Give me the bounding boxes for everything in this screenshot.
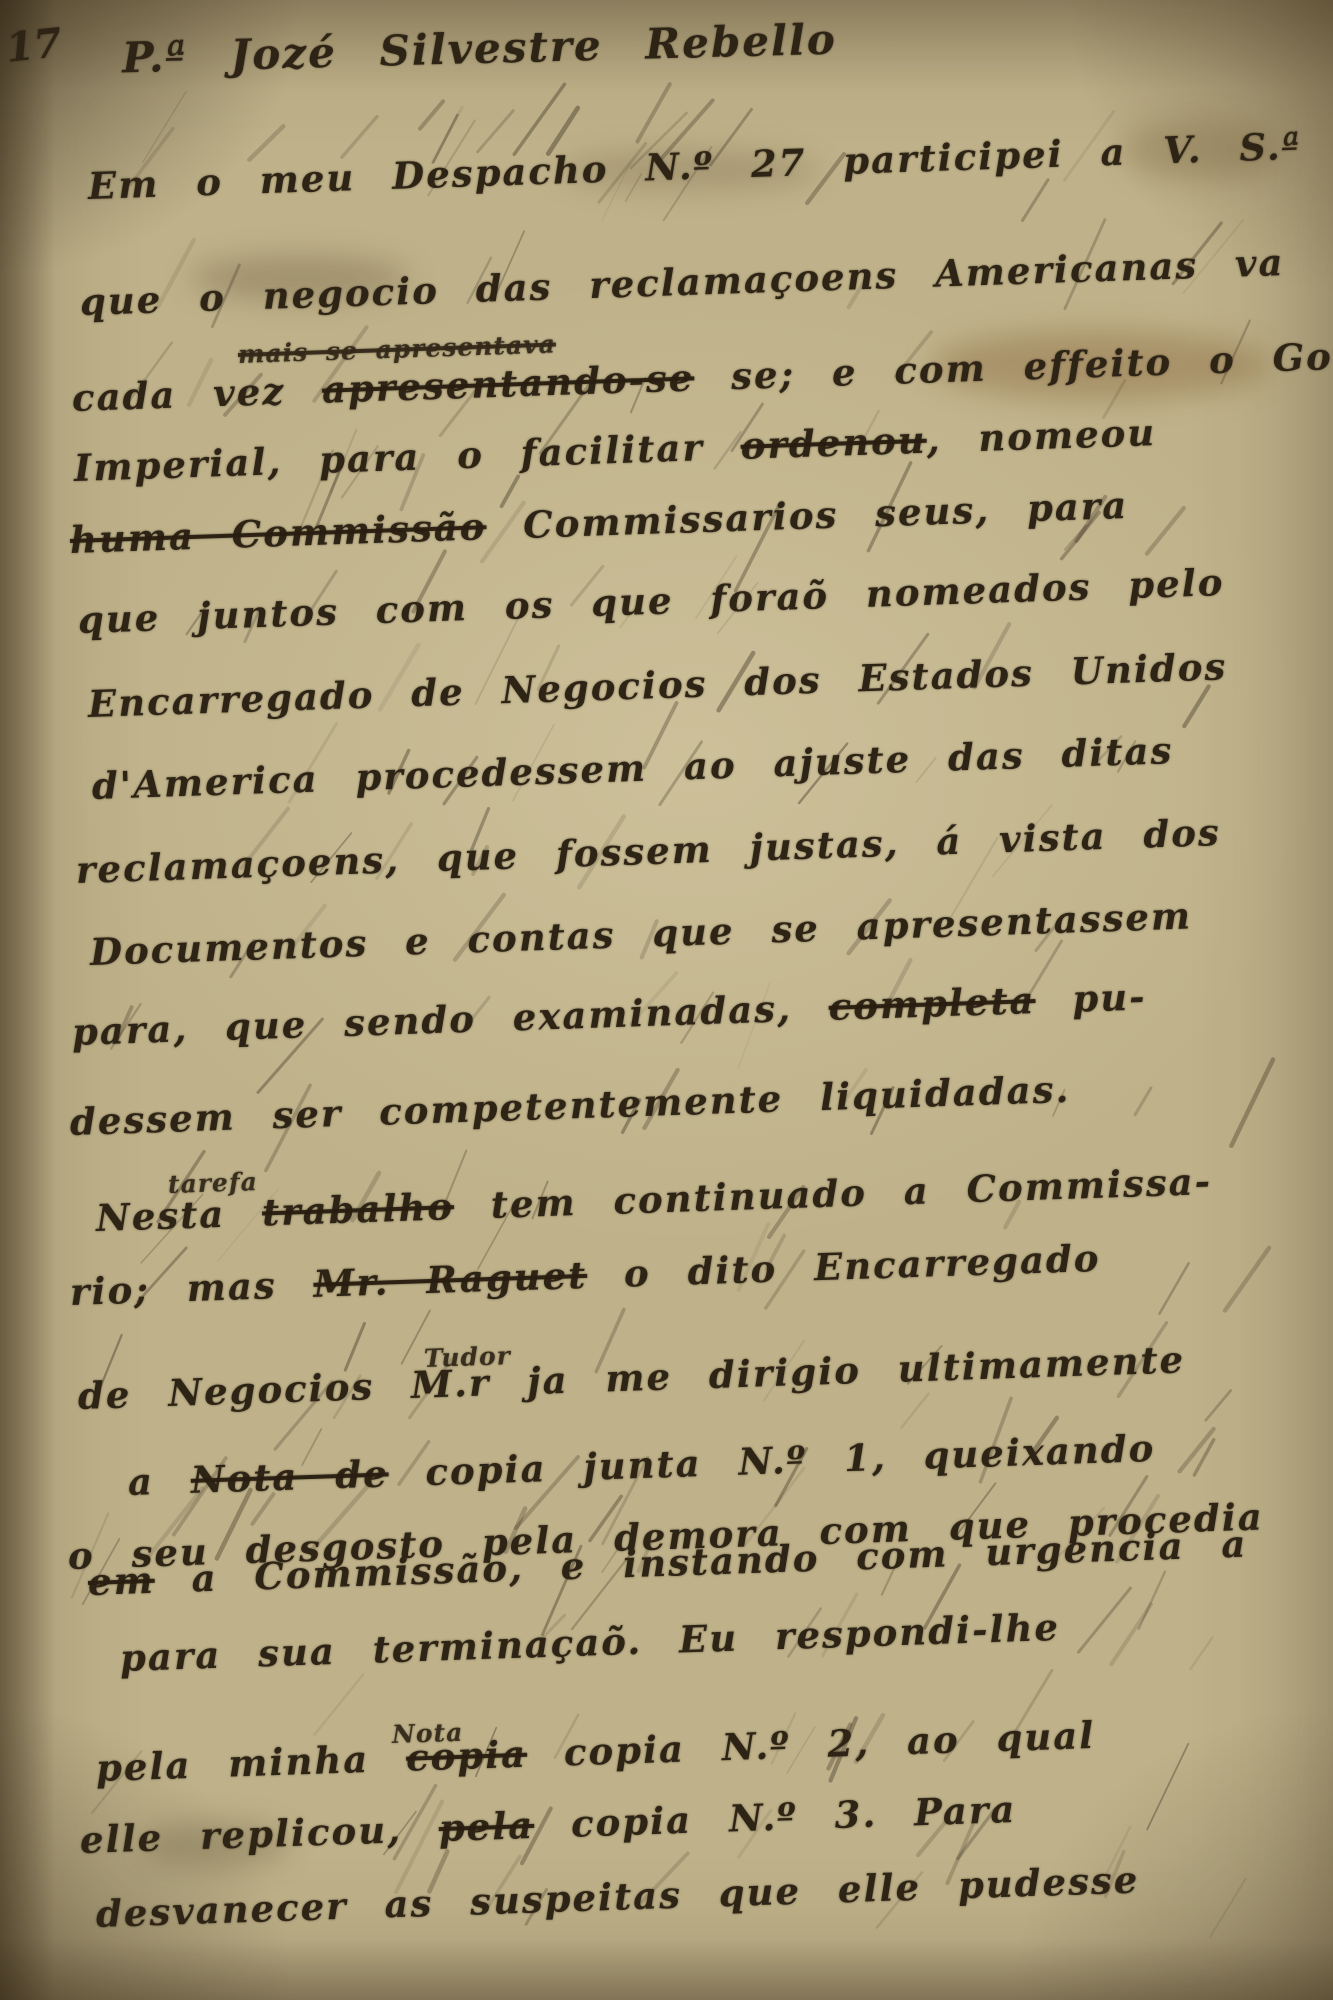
text-segment: para, que sendo examinadas, [71, 985, 829, 1054]
manuscript-line: pela minha copia copia N.º 2, ao qual [95, 1713, 1096, 1790]
text-segment: se; e com effeito o Governo [694, 330, 1333, 399]
manuscript-line: dessem ser competentemente liquidadas. [69, 1067, 1071, 1144]
text-segment: , nomeou [926, 410, 1157, 462]
text-segment: Encarregado de Negocios dos Estados Unid… [87, 644, 1228, 726]
text-segment: de Negocios M.r ja me dirigio ultimament… [77, 1337, 1185, 1418]
manuscript-line: d'America procedessem ao ajuste das dita… [91, 728, 1174, 808]
text-segment: copia N.º 3. Para [533, 1787, 1017, 1847]
manuscript-line: Imperial, para o facilitar ordenou, nome… [73, 410, 1157, 490]
manuscript-line: rio; mas Mr. Raguet o dito Encarregado [69, 1236, 1101, 1314]
struck-text-segment: huma Commissão [69, 504, 487, 562]
manuscript-line: a Nota de copia junta N.º 1, queixando [127, 1426, 1156, 1504]
text-segment: Commissarios seus, para [486, 483, 1129, 548]
manuscript-line: para sua terminaçaõ. Eu respondi-lhe [119, 1605, 1060, 1680]
manuscript-line: que juntos com os que foraõ nomeados pel… [77, 560, 1225, 642]
manuscript-line: Nesta trabalho tem continuado a Commissa… [95, 1159, 1212, 1240]
text-segment: que juntos com os que foraõ nomeados pel… [77, 560, 1225, 642]
text-segment: reclamaçoens, que fossem justas, á vista… [75, 810, 1221, 892]
text-segment: Nesta [95, 1191, 263, 1240]
manuscript-line: para, que sendo examinadas, completa pu- [71, 974, 1147, 1054]
page-number: 17 [4, 19, 64, 72]
text-segment: para sua terminaçaõ. Eu respondi-lhe [119, 1605, 1060, 1680]
text-segment: cada vez [71, 368, 322, 420]
text-segment: dessem ser competentemente liquidadas. [69, 1067, 1071, 1144]
manuscript-line: reclamaçoens, que fossem justas, á vista… [75, 810, 1221, 892]
text-segment: rio; mas [69, 1262, 314, 1314]
text-segment: que o negocio das reclamaçoens Americana… [79, 240, 1285, 324]
manuscript-page: 17 P.ª Jozé Silvestre Rebello Em o meu D… [0, 0, 1333, 2000]
struck-text-segment: ordenou [740, 418, 927, 468]
text-segment: pu- [1035, 974, 1147, 1022]
struck-text-segment: trabalho [261, 1184, 454, 1234]
addressee-line: P.ª Jozé Silvestre Rebello [121, 15, 837, 83]
manuscript-line: desvanecer as suspeitas que elle pudesse [95, 1857, 1140, 1936]
text-segment: o dito Encarregado [586, 1236, 1101, 1297]
text-segment: Documentos e contas que se apresentassem [89, 893, 1192, 974]
text-segment: Em o meu Despacho N.º 27 participei a V.… [87, 124, 1302, 208]
manuscript-line: elle replicou, pela copia N.º 3. Para [79, 1787, 1017, 1862]
manuscript-line: Encarregado de Negocios dos Estados Unid… [87, 644, 1228, 726]
text-segment: copia N.º 2, ao qual [526, 1713, 1096, 1776]
struck-text-segment: completa [828, 978, 1036, 1029]
text-segment: desvanecer as suspeitas que elle pudesse [95, 1857, 1140, 1936]
struck-text-segment: Mr. Raguet [313, 1253, 588, 1306]
struck-text-segment: copia [405, 1732, 528, 1780]
manuscript-line: Documentos e contas que se apresentassem [89, 893, 1192, 974]
manuscript-line: de Negocios M.r ja me dirigio ultimament… [77, 1337, 1185, 1418]
text-segment: copia junta N.º 1, queixando [388, 1426, 1156, 1495]
text-segment: a [127, 1458, 191, 1504]
text-segment: pela minha [95, 1736, 406, 1790]
manuscript-line: Em o meu Despacho N.º 27 participei a V.… [87, 124, 1302, 208]
text-segment: d'America procedessem ao ajuste das dita… [91, 728, 1174, 808]
struck-text-segment: em [87, 1558, 155, 1604]
text-segment: tem continuado a Commissa- [453, 1159, 1212, 1228]
manuscript-line: huma Commissão Commissarios seus, para [69, 483, 1129, 562]
manuscript-line: que o negocio das reclamaçoens Americana… [79, 240, 1285, 324]
text-segment: elle replicou, [79, 1806, 439, 1862]
text-segment: Imperial, para o facilitar [73, 424, 741, 490]
struck-text-segment: Nota de [190, 1451, 389, 1502]
struck-text-segment: pela [438, 1803, 535, 1850]
